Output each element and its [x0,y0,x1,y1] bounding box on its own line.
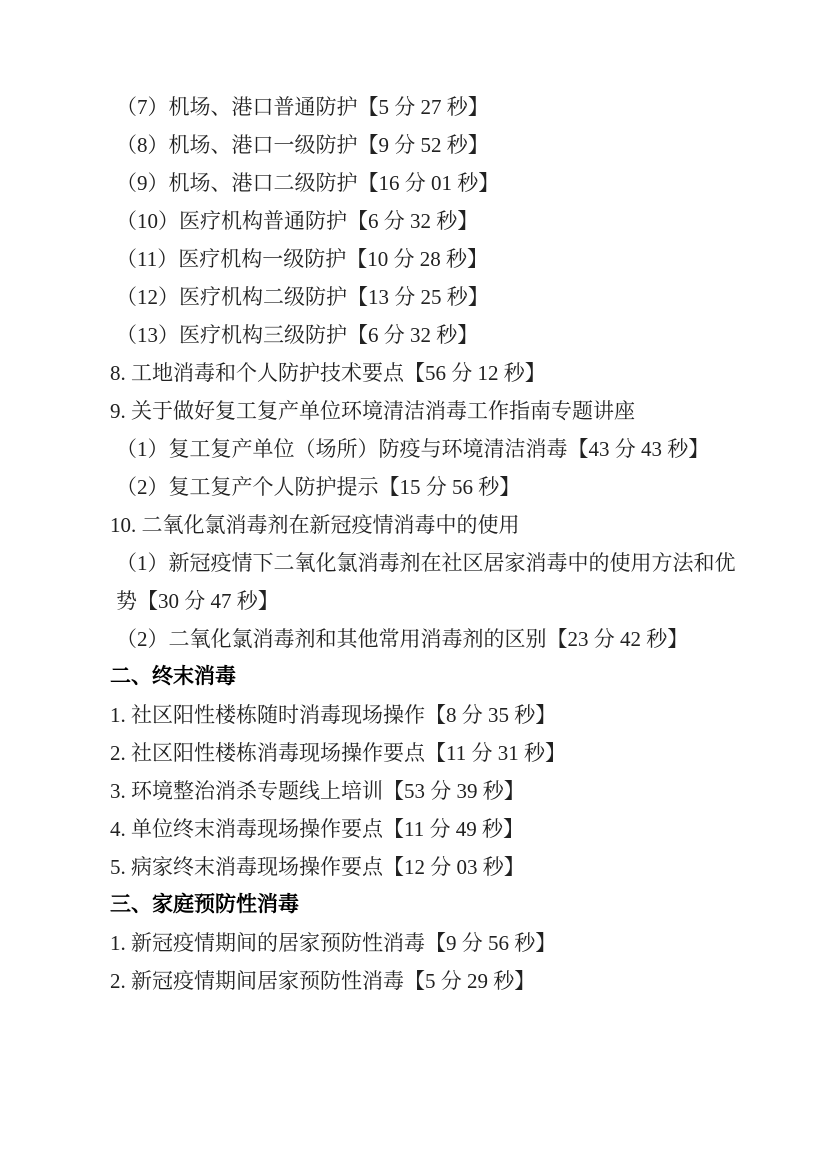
doc-line-medical-level1: （11）医疗机构一级防护【10 分 28 秒】 [110,240,736,278]
doc-line-airport-level2: （9）机场、港口二级防护【16 分 01 秒】 [110,164,736,202]
section-heading-home-preventive-disinfection: 三、家庭预防性消毒 [110,886,736,924]
doc-line-item9: 9. 关于做好复工复产单位环境清洁消毒工作指南专题讲座 [110,392,736,430]
document-page: （7）机场、港口普通防护【5 分 27 秒】 （8）机场、港口一级防护【9 分 … [0,0,828,1169]
doc-line-item9-sub1: （1）复工复产单位（场所）防疫与环境清洁消毒【43 分 43 秒】 [110,430,736,468]
doc-line-item9-sub2: （2）复工复产个人防护提示【15 分 56 秒】 [110,468,736,506]
doc-line-item10-sub1: （1）新冠疫情下二氧化氯消毒剂在社区居家消毒中的使用方法和优势【30 分 47 … [110,544,736,620]
doc-line-item10: 10. 二氧化氯消毒剂在新冠疫情消毒中的使用 [110,506,736,544]
doc-line-medical-normal: （10）医疗机构普通防护【6 分 32 秒】 [110,202,736,240]
doc-line-terminal-3: 3. 环境整治消杀专题线上培训【53 分 39 秒】 [110,772,736,810]
doc-line-airport-normal: （7）机场、港口普通防护【5 分 27 秒】 [110,88,736,126]
doc-line-home-1: 1. 新冠疫情期间的居家预防性消毒【9 分 56 秒】 [110,924,736,962]
doc-line-medical-level3: （13）医疗机构三级防护【6 分 32 秒】 [110,316,736,354]
doc-line-terminal-1: 1. 社区阳性楼栋随时消毒现场操作【8 分 35 秒】 [110,696,736,734]
doc-line-item8: 8. 工地消毒和个人防护技术要点【56 分 12 秒】 [110,354,736,392]
doc-line-item10-sub2: （2）二氧化氯消毒剂和其他常用消毒剂的区别【23 分 42 秒】 [110,620,736,658]
doc-line-terminal-5: 5. 病家终末消毒现场操作要点【12 分 03 秒】 [110,848,736,886]
doc-line-terminal-4: 4. 单位终末消毒现场操作要点【11 分 49 秒】 [110,810,736,848]
doc-line-airport-level1: （8）机场、港口一级防护【9 分 52 秒】 [110,126,736,164]
doc-line-medical-level2: （12）医疗机构二级防护【13 分 25 秒】 [110,278,736,316]
doc-line-terminal-2: 2. 社区阳性楼栋消毒现场操作要点【11 分 31 秒】 [110,734,736,772]
doc-line-home-2: 2. 新冠疫情期间居家预防性消毒【5 分 29 秒】 [110,962,736,1000]
section-heading-terminal-disinfection: 二、终末消毒 [110,658,736,696]
